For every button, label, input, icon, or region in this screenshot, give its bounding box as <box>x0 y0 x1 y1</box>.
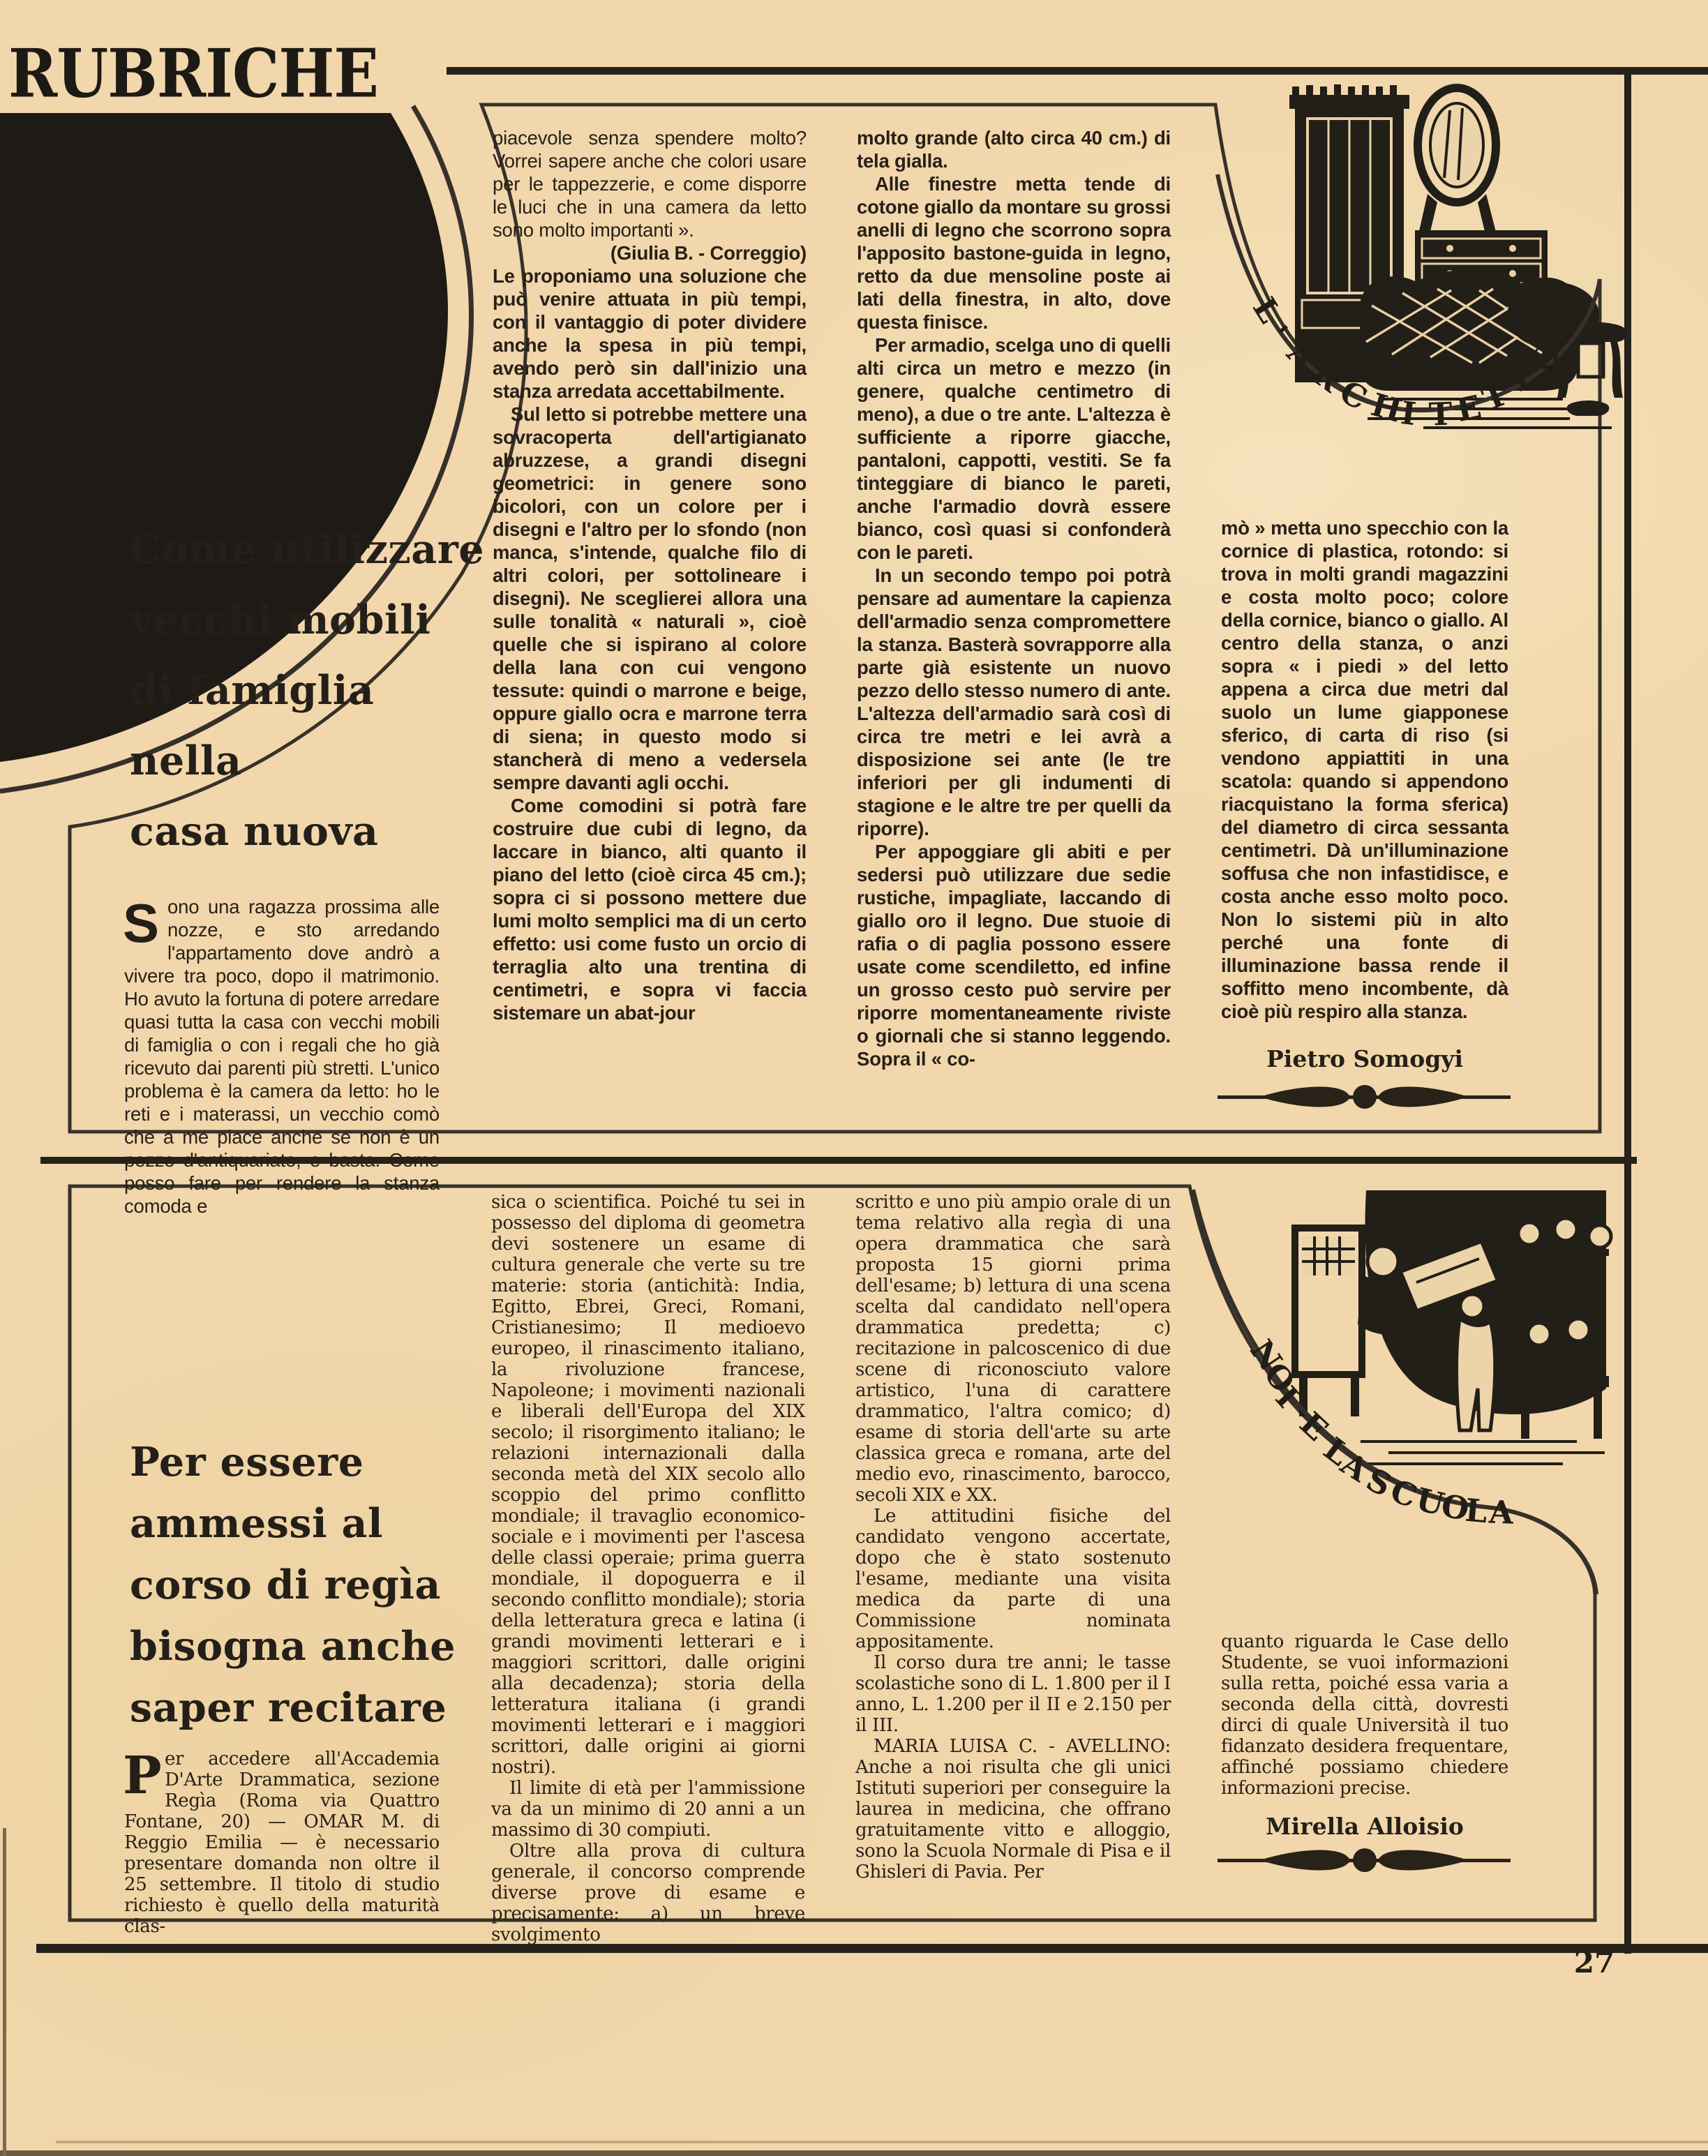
right-vertical-rule <box>1624 67 1631 1954</box>
top-rule <box>447 67 1708 75</box>
paragraph: In un secondo tempo poi potrà pensare ad… <box>857 564 1171 840</box>
scan-bottom-edge <box>0 2150 1708 2156</box>
magazine-page: RUBRICHE Come utilizzare vecchi mobili d… <box>0 0 1708 2156</box>
paragraph: Il corso dura tre anni; le tasse scolast… <box>855 1652 1171 1736</box>
author-ornament-architetto <box>1218 1085 1511 1109</box>
paragraph: Per armadio, scelga uno di quelli alti c… <box>857 334 1171 564</box>
paragraph: scritto e uno più ampio orale di un tema… <box>855 1192 1171 1506</box>
section-label: RUBRICHE <box>8 35 378 113</box>
paragraph: MARIA LUISA C. - AVELLINO: Anche a noi r… <box>855 1736 1171 1882</box>
paragraph: Come comodini si potrà fare costruire du… <box>493 794 807 1024</box>
article2-column-a: er accedere all'Accademia D'Arte Drammat… <box>124 1749 440 1937</box>
paragraph: Il limite di età per l'ammissione va da … <box>491 1778 805 1841</box>
article1-author: Pietro Somogyi <box>1221 1045 1508 1072</box>
paragraph: Alle finestre metta tende di cotone gial… <box>857 172 1171 334</box>
paragraph: Sul letto si potrebbe mettere una sovrac… <box>493 403 807 794</box>
article2-column-d: quanto riguarda le Case dello Studente, … <box>1221 1631 1508 1799</box>
article1-letter-column-a: ono una ragazza prossima alle nozze, e s… <box>124 895 440 1218</box>
classroom-illustration <box>1295 1190 1611 1464</box>
author-ornament-scuola <box>1218 1848 1511 1872</box>
page-bottom-faint-line <box>56 2141 1708 2143</box>
bottom-rule <box>36 1944 1708 1953</box>
letter-signature: (Giulia B. - Correggio) <box>493 241 807 264</box>
paragraph: quanto riguarda le Case dello Studente, … <box>1221 1631 1508 1799</box>
page-number: 27 <box>1563 1945 1626 1979</box>
rubric-arc-letter: A <box>1488 1493 1514 1531</box>
article1-column-c: molto grande (alto circa 40 cm.) di tela… <box>857 126 1171 1070</box>
article2-author: Mirella Alloisio <box>1221 1813 1508 1840</box>
rubric-arc-letter: L <box>1464 1492 1489 1531</box>
rubric-arc-letter: T <box>1428 395 1453 433</box>
article2-column-c: scritto e uno più ampio orale di un tema… <box>855 1192 1171 1882</box>
letter-intro: piacevole senza spendere molto? Vorrei s… <box>493 126 807 241</box>
paragraph: Oltre alla prova di cultura generale, il… <box>491 1841 805 1945</box>
article1-column-b: piacevole senza spendere molto? Vorrei s… <box>493 126 807 1024</box>
paragraph: Le attitudini fisiche del candidato veng… <box>855 1506 1171 1652</box>
paragraph: molto grande (alto circa 40 cm.) di tela… <box>857 126 1171 172</box>
drop-cap-spacer <box>124 895 167 943</box>
paragraph: sica o scientifica. Poiché tu sei in pos… <box>491 1192 805 1778</box>
paragraph: mò » metta uno specchio con la cornice d… <box>1221 516 1508 1023</box>
scan-left-edge <box>3 1828 6 2156</box>
paragraph: Per appoggiare gli abiti e per sedersi p… <box>857 840 1171 1070</box>
paragraph: Le proponiamo una soluzione che può veni… <box>493 264 807 403</box>
article2-column-b: sica o scientifica. Poiché tu sei in pos… <box>491 1192 805 1945</box>
article1-column-d: mò » metta uno specchio con la cornice d… <box>1221 516 1508 1023</box>
article1-title: Come utilizzare vecchi mobili di famigli… <box>130 514 520 867</box>
drop-cap-spacer <box>124 1749 165 1792</box>
article2-title: Per essere ammessi al corso di regìa bis… <box>130 1432 520 1739</box>
reply-paragraphs: Le proponiamo una soluzione che può veni… <box>493 264 807 1024</box>
